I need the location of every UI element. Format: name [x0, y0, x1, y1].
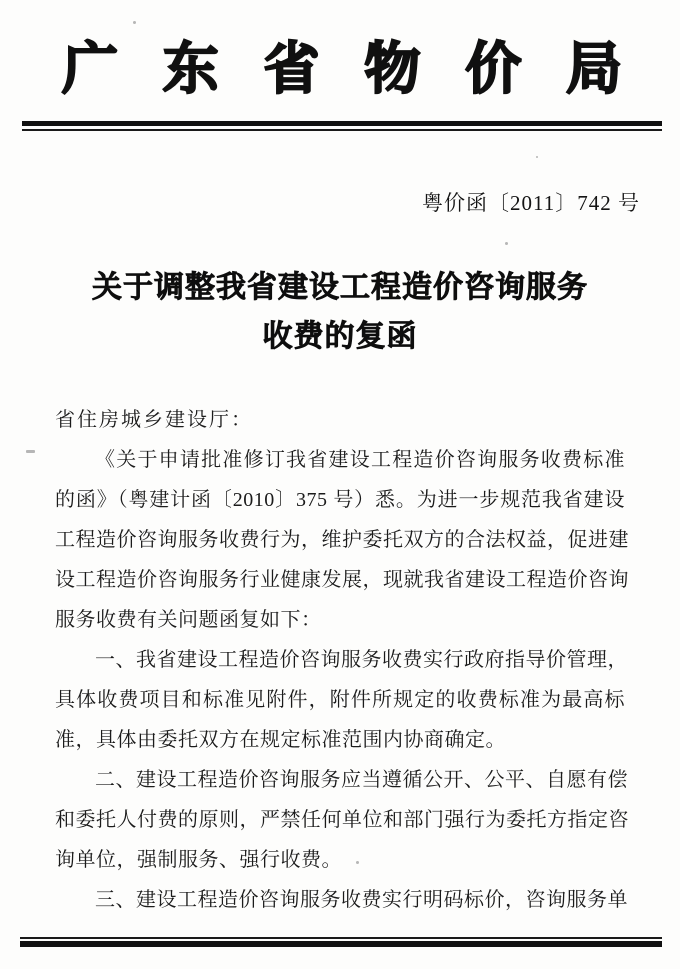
letterhead-character: 物 [364, 39, 420, 101]
body-line: 设工程造价咨询服务行业健康发展，现就我省建设工程造价咨询 [55, 560, 625, 600]
scan-speck [536, 156, 538, 158]
body-paragraph: 《关于申请批准修订我省建设工程造价咨询服务收费标准 的函》（粤建计函〔2010〕… [55, 440, 625, 640]
rule-thin-line [22, 129, 662, 131]
body-paragraph: 一、我省建设工程造价咨询服务收费实行政府指导价管理， 具体收费项目和标准见附件，… [55, 640, 625, 760]
body-line: 服务收费有关问题函复如下： [55, 600, 625, 640]
body-line: 二、建设工程造价咨询服务应当遵循公开、公平、自愿有偿 [55, 760, 625, 800]
document-title-line2: 收费的复函 [0, 312, 680, 361]
document-body: 省住房城乡建设厅： 《关于申请批准修订我省建设工程造价咨询服务收费标准 的函》（… [55, 400, 625, 920]
letterhead-character: 价 [465, 39, 521, 101]
letterhead-character: 广 [62, 39, 118, 101]
rule-thick-line [20, 941, 662, 947]
body-line: 工程造价咨询服务收费行为，维护委托双方的合法权益，促进建 [55, 520, 625, 560]
agency-letterhead: 广 东 省 物 价 局 [62, 39, 622, 101]
body-line: 《关于申请批准修订我省建设工程造价咨询服务收费标准 [55, 440, 625, 480]
letterhead-character: 局 [566, 39, 622, 101]
body-line: 准，具体由委托双方在规定标准范围内协商确定。 [55, 720, 625, 760]
header-double-rule [22, 121, 662, 131]
addressee-line: 省住房城乡建设厅： [55, 400, 625, 440]
scan-speck [26, 450, 35, 453]
letterhead-character: 省 [264, 39, 320, 101]
scan-speck [505, 242, 508, 245]
rule-thick-line [22, 121, 662, 126]
scan-speck [356, 861, 359, 864]
document-number: 粤价函〔2011〕742 号 [422, 189, 640, 217]
document-title-line1: 关于调整我省建设工程造价咨询服务 [0, 263, 680, 312]
body-line: 的函》（粤建计函〔2010〕375 号）悉。为进一步规范我省建设 [55, 480, 625, 520]
scan-speck [133, 21, 136, 24]
body-line: 一、我省建设工程造价咨询服务收费实行政府指导价管理， [55, 640, 625, 680]
body-line: 和委托人付费的原则，严禁任何单位和部门强行为委托方指定咨 [55, 800, 625, 840]
document-title: 关于调整我省建设工程造价咨询服务 收费的复函 [0, 263, 680, 361]
footer-double-rule [20, 937, 662, 947]
body-line: 三、建设工程造价咨询服务收费实行明码标价，咨询服务单 [55, 880, 625, 920]
rule-thin-line [20, 937, 662, 939]
body-paragraph: 二、建设工程造价咨询服务应当遵循公开、公平、自愿有偿 和委托人付费的原则，严禁任… [55, 760, 625, 880]
body-paragraph: 三、建设工程造价咨询服务收费实行明码标价，咨询服务单 [55, 880, 625, 920]
letterhead-character: 东 [163, 39, 219, 101]
body-line: 询单位，强制服务、强行收费。 [55, 840, 625, 880]
document-page: 广 东 省 物 价 局 粤价函〔2011〕742 号 关于调整我省建设工程造价咨… [0, 0, 680, 969]
body-line: 具体收费项目和标准见附件，附件所规定的收费标准为最高标 [55, 680, 625, 720]
